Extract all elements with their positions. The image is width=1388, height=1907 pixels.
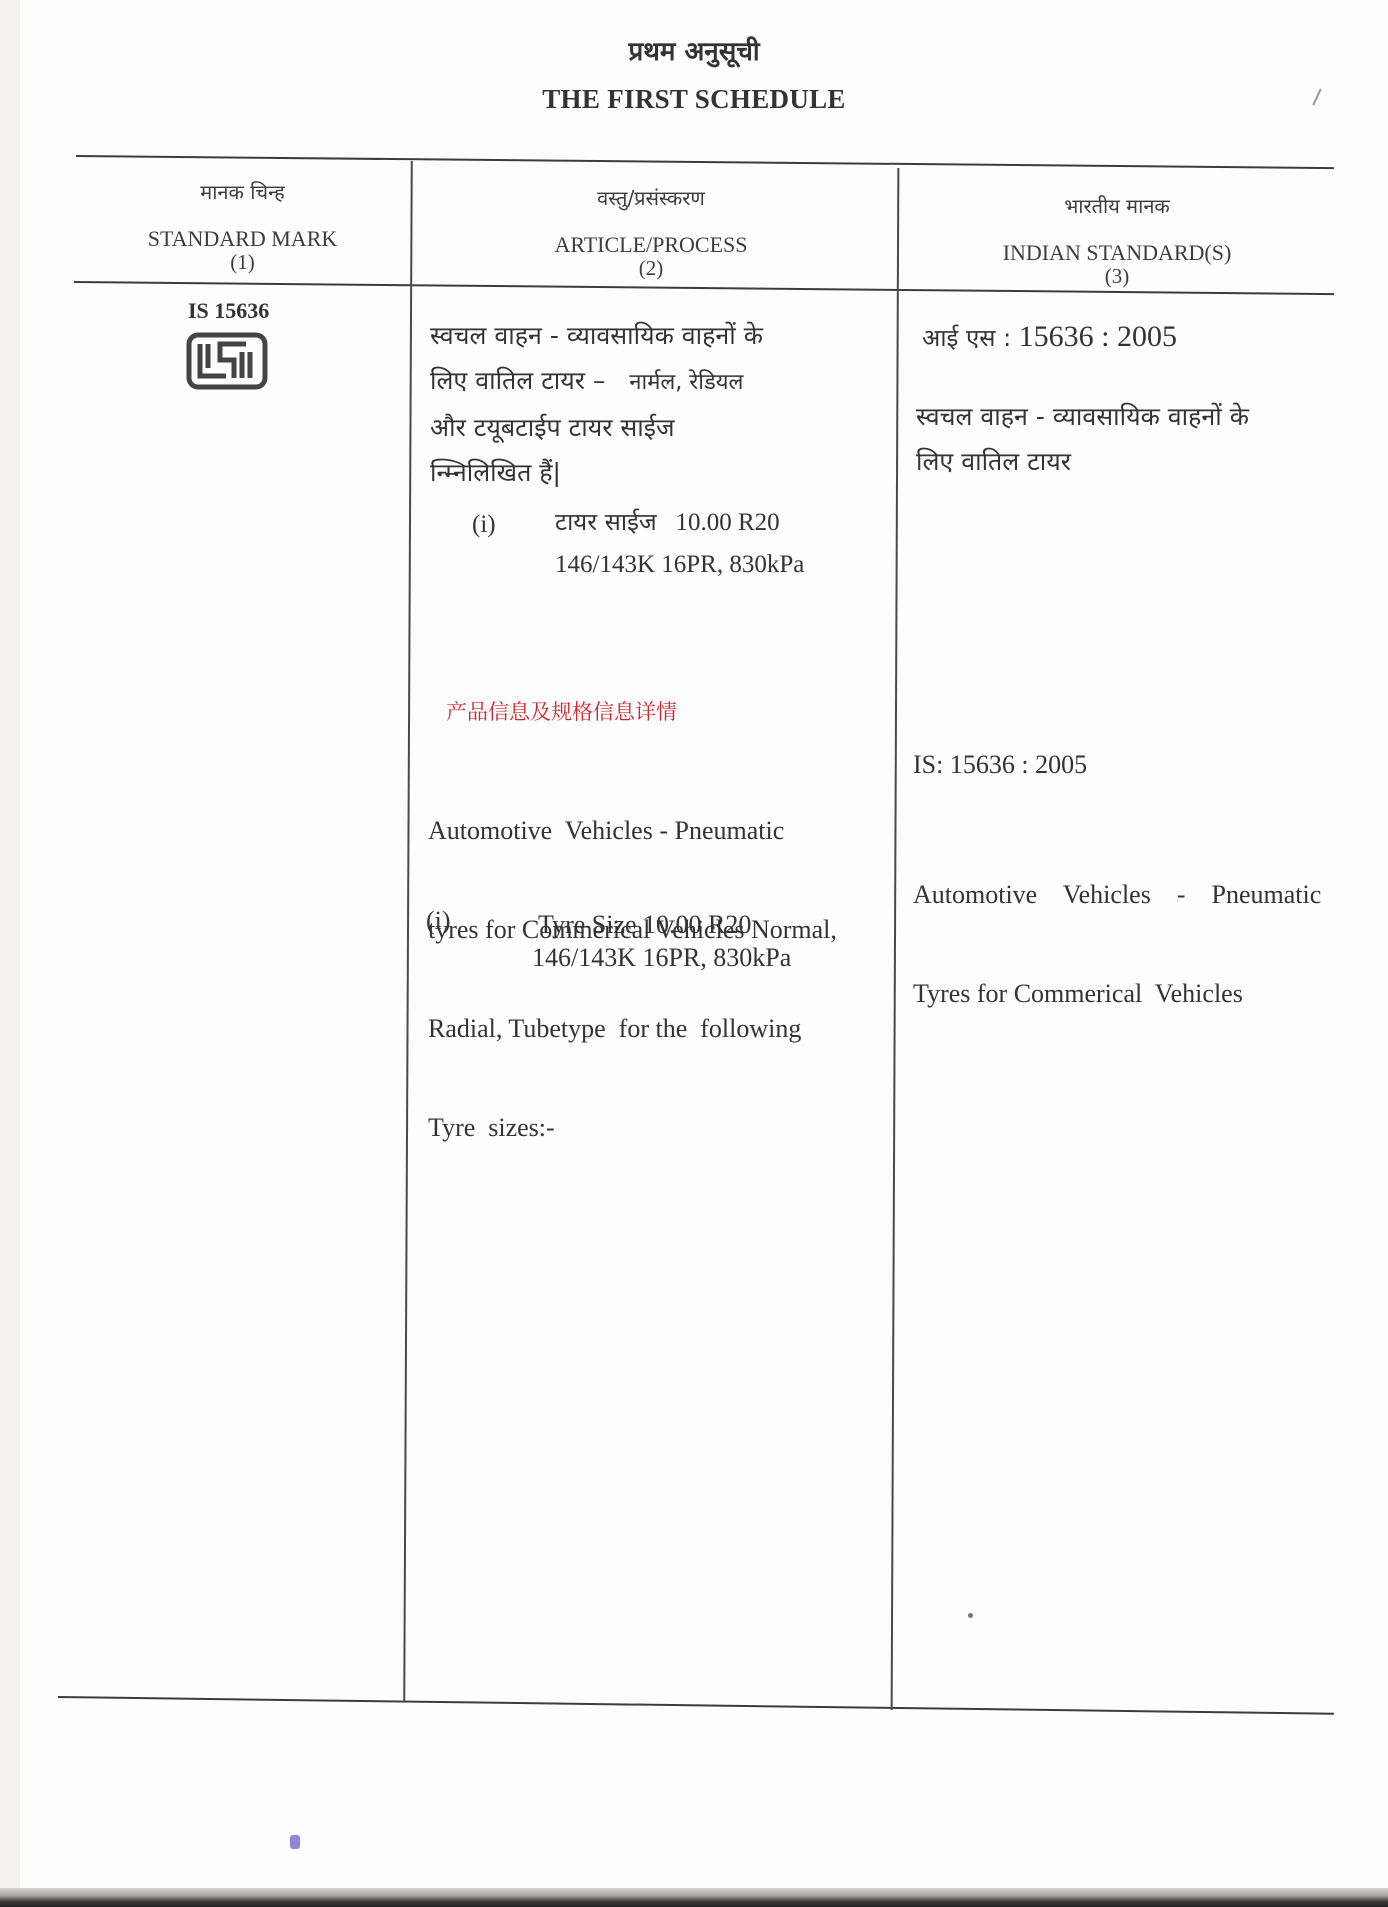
table-top-rule <box>76 155 1334 169</box>
title-hindi: प्रथम अनुसूची <box>0 32 1388 68</box>
header-number: (3) <box>897 265 1337 287</box>
article-english-item: Tyre Size 10.00 R20 146/143K 16PR, 830kP… <box>532 908 791 974</box>
article-hindi-item-detail: टायर साईज 10.00 R20 <box>555 506 780 539</box>
standard-code-english: IS: 15636 : 2005 <box>913 748 1087 781</box>
column-divider-1 <box>403 161 413 1702</box>
item-marker: (i) <box>472 511 496 538</box>
chinese-annotation: 产品信息及规格信息详情 <box>446 696 677 726</box>
article-hindi-line: लिए वातिल टायर – नार्मल, रेडियल <box>430 358 880 405</box>
scan-bottom-edge <box>0 1888 1388 1907</box>
column-divider-2 <box>891 168 900 1710</box>
scan-speck <box>968 1613 973 1618</box>
header-article-process: वस्तु/प्रसंस्करण ARTICLE/PROCESS (2) <box>410 184 892 279</box>
header-indian-standard: भारतीय मानक INDIAN STANDARD(S) (3) <box>897 192 1337 287</box>
article-hindi-line: और टयूबटाईप टायर साईज <box>430 405 880 450</box>
article-hindi-item: (i) <box>472 508 496 541</box>
article-hindi-text: स्वचल वाहन - व्यावसायिक वाहनों के लिए वा… <box>430 313 880 495</box>
standard-title-english: Automotive Vehicles - Pneumatic Tyres fo… <box>913 812 1353 1043</box>
standard-title-hindi: स्वचल वाहन - व्यावसायिक वाहनों के लिए वा… <box>916 394 1356 484</box>
scan-speck <box>290 1835 300 1849</box>
article-hindi-line: न्म्निलिखित हैं| <box>430 450 880 495</box>
header-english: INDIAN STANDARD(S) <box>897 241 1337 265</box>
header-hindi: मानक चिन्ह <box>80 178 405 205</box>
header-number: (1) <box>80 251 405 273</box>
header-english: ARTICLE/PROCESS <box>410 233 892 257</box>
isi-mark-icon <box>186 332 268 390</box>
article-hindi-line: स्वचल वाहन - व्यावसायिक वाहनों के <box>430 313 880 358</box>
article-hindi-item-spec: 146/143K 16PR, 830kPa <box>555 548 804 581</box>
header-hindi: वस्तु/प्रसंस्करण <box>410 184 892 211</box>
standard-code-hindi: आई एस : 15636 : 2005 <box>922 320 1177 354</box>
article-english-item-marker: (i) <box>426 904 451 937</box>
table-bottom-rule <box>58 1696 1334 1715</box>
header-standard-mark: मानक चिन्ह STANDARD MARK (1) <box>80 178 405 273</box>
header-number: (2) <box>410 257 892 279</box>
title-english: THE FIRST SCHEDULE <box>0 84 1388 115</box>
standard-mark-label: IS 15636 <box>188 298 269 324</box>
header-english: STANDARD MARK <box>80 227 405 251</box>
scan-edge <box>0 0 20 1907</box>
header-hindi: भारतीय मानक <box>897 192 1337 219</box>
